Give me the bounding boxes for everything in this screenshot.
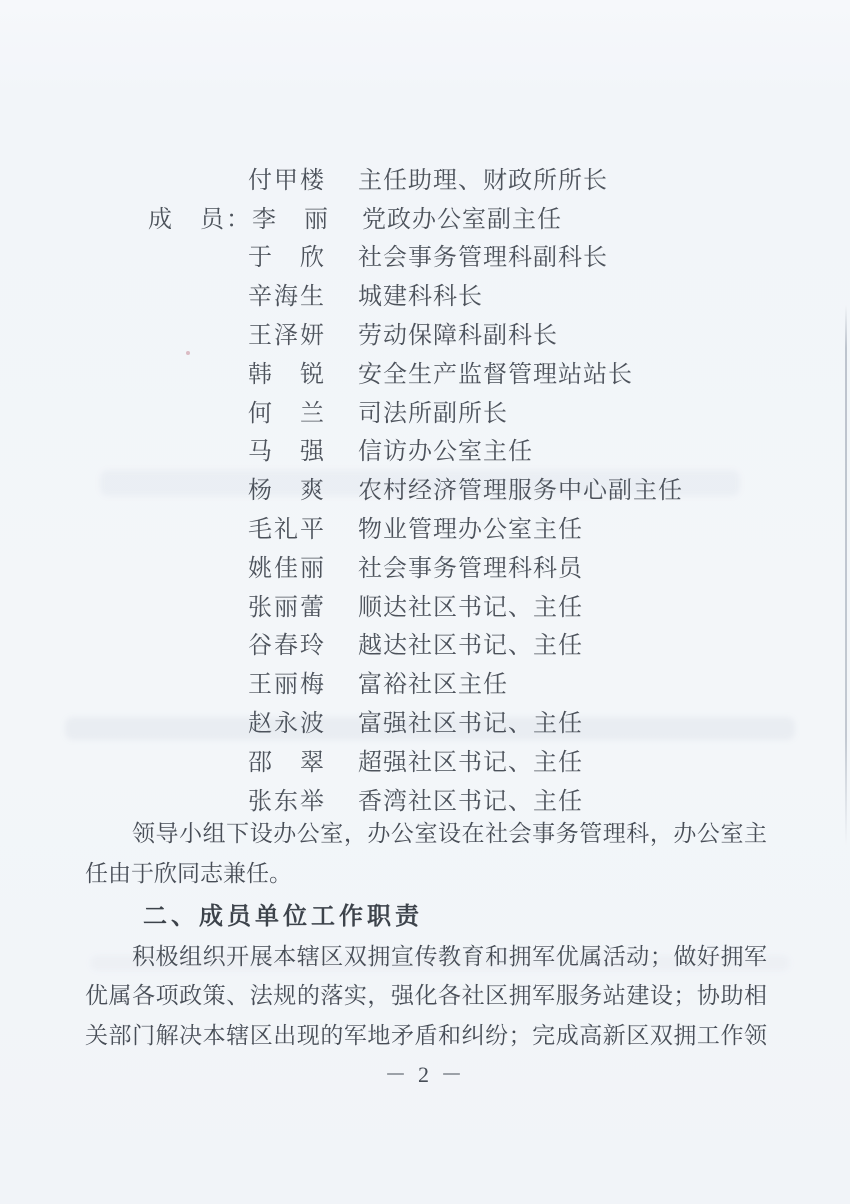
duties-line: 积极组织开展本辖区双拥宣传教育和拥军优属活动；做好拥军 [85,937,767,977]
member-row: 张东举 香湾社区书记、主任 [0,779,850,818]
member-name: 马 强 [248,431,358,466]
member-title: 香湾社区书记、主任 [358,781,850,816]
member-title: 安全生产监督管理站站长 [358,354,850,389]
office-note-line: 领导小组下设办公室，办公室设在社会事务管理科，办公室主 [85,814,767,854]
member-title: 城建科科长 [358,276,850,311]
member-name: 邵 翠 [248,742,358,777]
document-body: 领导小组下设办公室，办公室设在社会事务管理科，办公室主 任由于欣同志兼任。 二、… [85,814,767,1055]
member-name: 何 兰 [248,393,358,428]
member-title: 富强社区书记、主任 [358,703,850,738]
page-number: － 2 － [0,1058,850,1089]
member-name: 李 丽 [252,199,362,234]
member-row: 谷春玲 越达社区书记、主任 [0,624,850,663]
member-title: 劳动保障科副科长 [358,315,850,350]
member-row: 成 员： 李 丽 党政办公室副主任 [0,197,850,236]
duties-line: 关部门解决本辖区出现的军地矛盾和纠纷；完成高新区双拥工作领 [85,1016,767,1056]
member-row: 王丽梅 富裕社区主任 [0,662,850,701]
member-name: 张东举 [248,781,358,816]
member-row: 于 欣 社会事务管理科副科长 [0,236,850,275]
member-row: 张丽蕾 顺达社区书记、主任 [0,585,850,624]
scanned-document-page: 付甲楼 主任助理、财政所所长 成 员： 李 丽 党政办公室副主任 于 欣 社会事… [0,0,850,1204]
member-row: 马 强 信访办公室主任 [0,430,850,469]
duties-line: 优属各项政策、法规的落实，强化各社区拥军服务站建设；协助相 [85,976,767,1016]
member-row: 邵 翠 超强社区书记、主任 [0,740,850,779]
member-row: 辛海生 城建科科长 [0,274,850,313]
member-name: 于 欣 [248,237,358,272]
member-title: 信访办公室主任 [358,431,850,466]
member-name: 王丽梅 [248,664,358,699]
member-row: 姚佳丽 社会事务管理科科员 [0,546,850,585]
member-row: 韩 锐 安全生产监督管理站站长 [0,352,850,391]
member-row: 何 兰 司法所副所长 [0,391,850,430]
member-role-label: 成 员： [148,199,252,234]
member-title: 越达社区书记、主任 [358,625,850,660]
member-name: 付甲楼 [248,160,358,195]
member-title: 顺达社区书记、主任 [358,587,850,622]
member-name: 毛礼平 [248,509,358,544]
section-heading: 二、成员单位工作职责 [85,897,767,937]
member-name: 韩 锐 [248,354,358,389]
member-name: 张丽蕾 [248,587,358,622]
member-name: 谷春玲 [248,625,358,660]
member-name: 赵永波 [248,703,358,738]
member-row: 付甲楼 主任助理、财政所所长 [0,158,850,197]
office-note-line: 任由于欣同志兼任。 [85,854,767,894]
member-title: 主任助理、财政所所长 [358,160,850,195]
member-title: 司法所副所长 [358,393,850,428]
member-title: 农村经济管理服务中心副主任 [358,470,850,505]
member-title: 党政办公室副主任 [362,199,850,234]
member-name: 杨 爽 [248,470,358,505]
member-list: 付甲楼 主任助理、财政所所长 成 员： 李 丽 党政办公室副主任 于 欣 社会事… [0,158,850,818]
member-title: 物业管理办公室主任 [358,509,850,544]
member-name: 姚佳丽 [248,548,358,583]
member-row: 杨 爽 农村经济管理服务中心副主任 [0,468,850,507]
member-title: 超强社区书记、主任 [358,742,850,777]
member-row: 赵永波 富强社区书记、主任 [0,701,850,740]
member-title: 社会事务管理科科员 [358,548,850,583]
member-row: 王泽妍 劳动保障科副科长 [0,313,850,352]
member-title: 富裕社区主任 [358,664,850,699]
member-name: 辛海生 [248,276,358,311]
member-title: 社会事务管理科副科长 [358,237,850,272]
member-name: 王泽妍 [248,315,358,350]
member-row: 毛礼平 物业管理办公室主任 [0,507,850,546]
